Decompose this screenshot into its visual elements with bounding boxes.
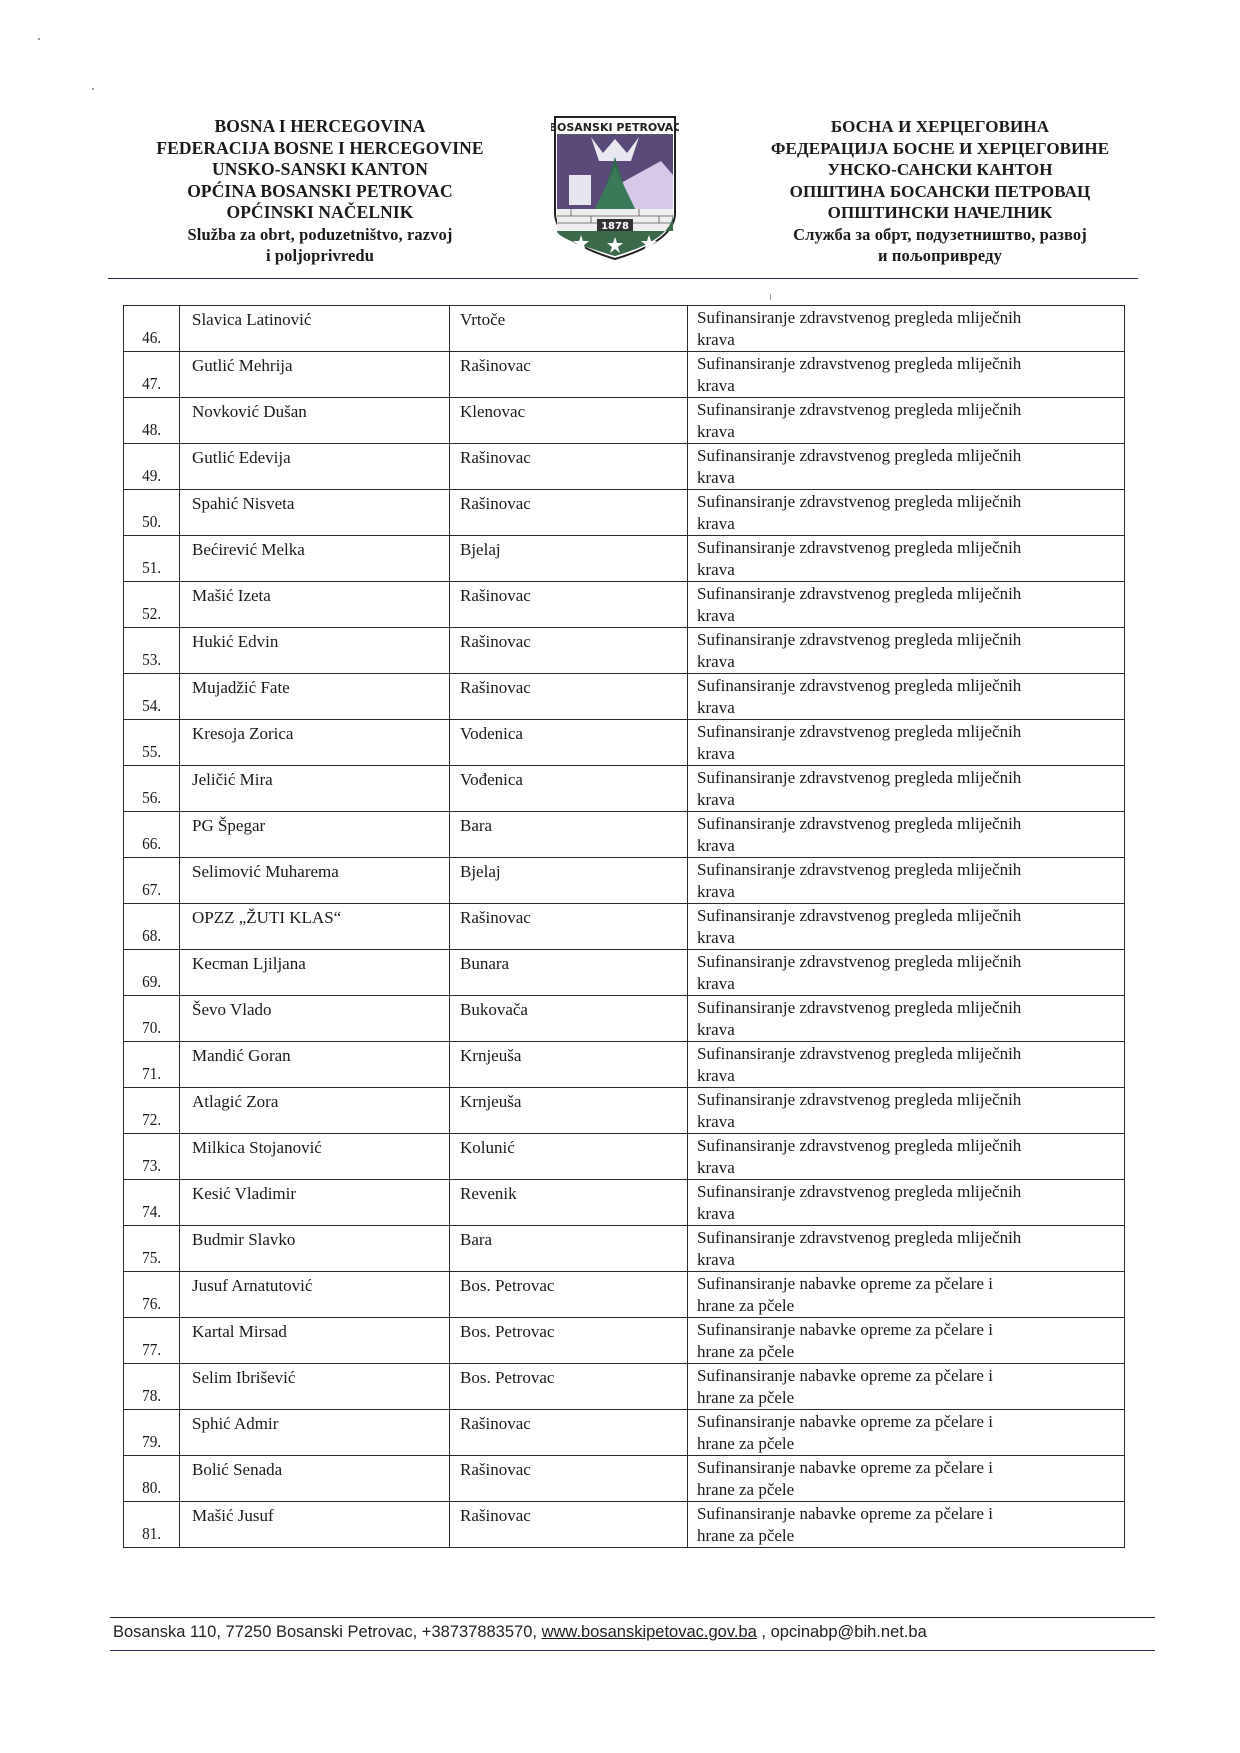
beneficiary-name: Hukić Edvin [180, 628, 450, 674]
subsidy-description: Sufinansiranje zdravstvenog pregleda mli… [688, 306, 1125, 352]
beneficiary-name: Mandić Goran [180, 1042, 450, 1088]
table-row: 56.Jeličić MiraVođenicaSufinansiranje zd… [124, 766, 1125, 812]
beneficiary-place: Bjelaj [450, 858, 688, 904]
header-line-federation: FEDERACIJA BOSNE I HERCEGOVINE [130, 138, 510, 160]
subsidy-description: Sufinansiranje zdravstvenog pregleda mli… [688, 444, 1125, 490]
row-number: 71. [124, 1042, 180, 1088]
svg-text:BOSANSKI PETROVAC: BOSANSKI PETROVAC [551, 121, 679, 134]
subsidy-description-line1: Sufinansiranje nabavke opreme za pčelare… [697, 1319, 1124, 1341]
subsidy-description-line2: krava [697, 1249, 1124, 1271]
row-number: 56. [124, 766, 180, 812]
footer-address: Bosanska 110, 77250 Bosanski Petrovac, +… [113, 1623, 542, 1641]
row-number: 75. [124, 1226, 180, 1272]
subsidy-description-line1: Sufinansiranje zdravstvenog pregleda mli… [697, 399, 1124, 421]
header-cyr-line-canton: УНСКО-САНСКИ КАНТОН [740, 159, 1140, 181]
beneficiary-name: Jeličić Mira [180, 766, 450, 812]
subsidy-description-line1: Sufinansiranje zdravstvenog pregleda mli… [697, 1181, 1124, 1203]
scan-speck [38, 38, 40, 40]
subsidy-description-line2: krava [697, 835, 1124, 857]
row-number: 74. [124, 1180, 180, 1226]
subsidy-description-line2: hrane za pčele [697, 1295, 1124, 1317]
row-number: 51. [124, 536, 180, 582]
table-row: 48.Novković DušanKlenovacSufinansiranje … [124, 398, 1125, 444]
subsidy-description-line1: Sufinansiranje zdravstvenog pregleda mli… [697, 905, 1124, 927]
subsidy-description-line2: krava [697, 329, 1124, 351]
subsidy-description: Sufinansiranje zdravstvenog pregleda mli… [688, 1134, 1125, 1180]
row-number: 69. [124, 950, 180, 996]
beneficiary-place: Rašinovac [450, 1410, 688, 1456]
subsidy-description-line2: hrane za pčele [697, 1341, 1124, 1363]
subsidy-description-line2: krava [697, 743, 1124, 765]
beneficiary-name: Spahić Nisveta [180, 490, 450, 536]
subsidy-description-line2: krava [697, 973, 1124, 995]
subsidy-description-line2: krava [697, 559, 1124, 581]
subsidy-description: Sufinansiranje zdravstvenog pregleda mli… [688, 904, 1125, 950]
table-row: 66.PG ŠpegarBaraSufinansiranje zdravstve… [124, 812, 1125, 858]
table-row: 75.Budmir SlavkoBaraSufinansiranje zdrav… [124, 1226, 1125, 1272]
table-row: 53.Hukić EdvinRašinovacSufinansiranje zd… [124, 628, 1125, 674]
beneficiary-name: Bećirević Melka [180, 536, 450, 582]
row-number: 66. [124, 812, 180, 858]
row-number: 54. [124, 674, 180, 720]
row-number: 81. [124, 1502, 180, 1548]
subsidy-description: Sufinansiranje zdravstvenog pregleda mli… [688, 490, 1125, 536]
beneficiary-name: Bolić Senada [180, 1456, 450, 1502]
row-number: 52. [124, 582, 180, 628]
beneficiary-name: Mašić Jusuf [180, 1502, 450, 1548]
subsidy-description-line1: Sufinansiranje zdravstvenog pregleda mli… [697, 353, 1124, 375]
header-line-country: BOSNA I HERCEGOVINA [130, 116, 510, 138]
subsidy-description-line1: Sufinansiranje nabavke opreme za pčelare… [697, 1365, 1124, 1387]
subsidy-description: Sufinansiranje zdravstvenog pregleda mli… [688, 1088, 1125, 1134]
beneficiary-place: Vrtoče [450, 306, 688, 352]
subsidy-description-line1: Sufinansiranje zdravstvenog pregleda mli… [697, 1043, 1124, 1065]
beneficiary-place: Vodenica [450, 720, 688, 766]
beneficiary-place: Revenik [450, 1180, 688, 1226]
subsidy-description: Sufinansiranje zdravstvenog pregleda mli… [688, 1226, 1125, 1272]
subsidy-description: Sufinansiranje zdravstvenog pregleda mli… [688, 720, 1125, 766]
beneficiary-place: Bara [450, 812, 688, 858]
row-number: 50. [124, 490, 180, 536]
subsidy-description-line2: krava [697, 1019, 1124, 1041]
header-service-line1: Služba za obrt, poduzetništvo, razvoj [130, 224, 510, 246]
beneficiary-place: Rašinovac [450, 674, 688, 720]
subsidy-description: Sufinansiranje zdravstvenog pregleda mli… [688, 1180, 1125, 1226]
subsidy-description-line1: Sufinansiranje zdravstvenog pregleda mli… [697, 813, 1124, 835]
table-row: 46.Slavica LatinovićVrtočeSufinansiranje… [124, 306, 1125, 352]
subsidy-description: Sufinansiranje zdravstvenog pregleda mli… [688, 812, 1125, 858]
table-row: 47.Gutlić MehrijaRašinovacSufinansiranje… [124, 352, 1125, 398]
table-row: 71.Mandić GoranKrnjeušaSufinansiranje zd… [124, 1042, 1125, 1088]
beneficiary-name: Kresoja Zorica [180, 720, 450, 766]
subsidy-description-line2: krava [697, 375, 1124, 397]
table-row: 76.Jusuf ArnatutovićBos. PetrovacSufinan… [124, 1272, 1125, 1318]
header-line-municipality: OPĆINA BOSANSKI PETROVAC [130, 181, 510, 203]
table-row: 72.Atlagić ZoraKrnjeušaSufinansiranje zd… [124, 1088, 1125, 1134]
header-cyrillic: БОСНА И ХЕРЦЕГОВИНА ФЕДЕРАЦИЈА БОСНЕ И Х… [740, 116, 1140, 267]
row-number: 73. [124, 1134, 180, 1180]
subsidy-description-line2: krava [697, 467, 1124, 489]
beneficiary-place: Bos. Petrovac [450, 1272, 688, 1318]
subsidy-description-line1: Sufinansiranje zdravstvenog pregleda mli… [697, 1227, 1124, 1249]
subsidy-description-line1: Sufinansiranje zdravstvenog pregleda mli… [697, 1135, 1124, 1157]
subsidy-description: Sufinansiranje zdravstvenog pregleda mli… [688, 582, 1125, 628]
subsidy-description-line1: Sufinansiranje zdravstvenog pregleda mli… [697, 583, 1124, 605]
table-row: 54.Mujadžić FateRašinovacSufinansiranje … [124, 674, 1125, 720]
table-row: 70.Ševo VladoBukovačaSufinansiranje zdra… [124, 996, 1125, 1042]
table-row: 67.Selimović MuharemaBjelajSufinansiranj… [124, 858, 1125, 904]
footer-divider-top [110, 1617, 1155, 1618]
subsidy-description-line1: Sufinansiranje zdravstvenog pregleda mli… [697, 445, 1124, 467]
subsidy-description-line2: krava [697, 421, 1124, 443]
beneficiary-place: Bukovača [450, 996, 688, 1042]
table-row: 51.Bećirević MelkaBjelajSufinansiranje z… [124, 536, 1125, 582]
subsidy-description-line2: krava [697, 1157, 1124, 1179]
subsidy-description: Sufinansiranje zdravstvenog pregleda mli… [688, 766, 1125, 812]
subsidy-description-line1: Sufinansiranje nabavke opreme za pčelare… [697, 1273, 1124, 1295]
footer-contact: Bosanska 110, 77250 Bosanski Petrovac, +… [113, 1623, 927, 1642]
subsidy-description: Sufinansiranje zdravstvenog pregleda mli… [688, 628, 1125, 674]
table-row: 74.Kesić VladimirRevenikSufinansiranje z… [124, 1180, 1125, 1226]
beneficiary-place: Rašinovac [450, 1502, 688, 1548]
row-number: 49. [124, 444, 180, 490]
header-cyr-line-country: БОСНА И ХЕРЦЕГОВИНА [740, 116, 1140, 138]
row-number: 47. [124, 352, 180, 398]
header-divider [108, 278, 1138, 279]
beneficiary-place: Krnjeuša [450, 1042, 688, 1088]
scan-speck [770, 294, 771, 300]
footer-divider-bottom [110, 1650, 1155, 1651]
table-row: 73.Milkica StojanovićKolunićSufinansiran… [124, 1134, 1125, 1180]
footer-email[interactable]: opcinabp@bih.net.ba [771, 1623, 927, 1641]
beneficiary-name: Atlagić Zora [180, 1088, 450, 1134]
header-cyr-service-line1: Служба за обрт, подузетништво, развој [740, 224, 1140, 246]
subsidy-description-line1: Sufinansiranje zdravstvenog pregleda mli… [697, 859, 1124, 881]
table-row: 81.Mašić JusufRašinovacSufinansiranje na… [124, 1502, 1125, 1548]
table-row: 50.Spahić NisvetaRašinovacSufinansiranje… [124, 490, 1125, 536]
table-row: 49.Gutlić EdevijaRašinovacSufinansiranje… [124, 444, 1125, 490]
header-cyr-line-municipality: ОПШТИНА БОСАНСКИ ПЕТРОВАЦ [740, 181, 1140, 203]
subsidy-description-line2: hrane za pčele [697, 1525, 1124, 1547]
beneficiary-name: Budmir Slavko [180, 1226, 450, 1272]
subsidy-description-line1: Sufinansiranje zdravstvenog pregleda mli… [697, 951, 1124, 973]
beneficiary-place: Bara [450, 1226, 688, 1272]
svg-text:1878: 1878 [601, 221, 629, 232]
beneficiary-name: Sphić Admir [180, 1410, 450, 1456]
subsidy-description-line1: Sufinansiranje zdravstvenog pregleda mli… [697, 997, 1124, 1019]
beneficiary-name: Gutlić Mehrija [180, 352, 450, 398]
subsidy-description-line1: Sufinansiranje zdravstvenog pregleda mli… [697, 307, 1124, 329]
subsidy-description: Sufinansiranje nabavke opreme za pčelare… [688, 1318, 1125, 1364]
subsidy-description-line2: krava [697, 697, 1124, 719]
row-number: 55. [124, 720, 180, 766]
subsidy-description: Sufinansiranje zdravstvenog pregleda mli… [688, 996, 1125, 1042]
beneficiary-place: Bjelaj [450, 536, 688, 582]
beneficiary-name: PG Špegar [180, 812, 450, 858]
beneficiary-name: Selimović Muharema [180, 858, 450, 904]
subsidy-description: Sufinansiranje zdravstvenog pregleda mli… [688, 536, 1125, 582]
beneficiary-name: Kesić Vladimir [180, 1180, 450, 1226]
beneficiary-place: Klenovac [450, 398, 688, 444]
beneficiary-name: Gutlić Edevija [180, 444, 450, 490]
header-line-canton: UNSKO-SANSKI KANTON [130, 159, 510, 181]
header-line-mayor: OPĆINSKI NAČELNIK [130, 202, 510, 224]
subsidy-description: Sufinansiranje zdravstvenog pregleda mli… [688, 398, 1125, 444]
row-number: 79. [124, 1410, 180, 1456]
beneficiary-place: Bunara [450, 950, 688, 996]
row-number: 67. [124, 858, 180, 904]
subsidy-description-line1: Sufinansiranje zdravstvenog pregleda mli… [697, 767, 1124, 789]
subsidy-description-line1: Sufinansiranje zdravstvenog pregleda mli… [697, 721, 1124, 743]
beneficiary-place: Bos. Petrovac [450, 1364, 688, 1410]
subsidy-description: Sufinansiranje zdravstvenog pregleda mli… [688, 1042, 1125, 1088]
subsidy-description-line2: krava [697, 927, 1124, 949]
municipality-crest-logo: BOSANSKI PETROVAC 1878 [551, 113, 679, 263]
subsidy-description-line1: Sufinansiranje zdravstvenog pregleda mli… [697, 629, 1124, 651]
beneficiary-place: Rašinovac [450, 1456, 688, 1502]
subsidy-description-line1: Sufinansiranje nabavke opreme za pčelare… [697, 1503, 1124, 1525]
row-number: 78. [124, 1364, 180, 1410]
beneficiary-place: Vođenica [450, 766, 688, 812]
subsidy-description-line2: hrane za pčele [697, 1387, 1124, 1409]
beneficiary-name: Kartal Mirsad [180, 1318, 450, 1364]
header-cyr-line-federation: ФЕДЕРАЦИЈА БОСНЕ И ХЕРЦЕГОВИНЕ [740, 138, 1140, 160]
row-number: 53. [124, 628, 180, 674]
row-number: 72. [124, 1088, 180, 1134]
beneficiary-place: Rašinovac [450, 582, 688, 628]
subsidy-description-line2: krava [697, 651, 1124, 673]
beneficiary-name: Novković Dušan [180, 398, 450, 444]
subsidy-description-line2: hrane za pčele [697, 1479, 1124, 1501]
beneficiary-name: Jusuf Arnatutović [180, 1272, 450, 1318]
beneficiary-place: Rašinovac [450, 352, 688, 398]
beneficiary-name: Selim Ibrišević [180, 1364, 450, 1410]
subsidy-description-line1: Sufinansiranje nabavke opreme za pčelare… [697, 1457, 1124, 1479]
subsidy-description-line1: Sufinansiranje zdravstvenog pregleda mli… [697, 1089, 1124, 1111]
footer-separator: , [757, 1623, 771, 1641]
table-row: 77.Kartal MirsadBos. PetrovacSufinansira… [124, 1318, 1125, 1364]
beneficiary-name: Kecman Ljiljana [180, 950, 450, 996]
subsidy-description: Sufinansiranje nabavke opreme za pčelare… [688, 1456, 1125, 1502]
subsidy-description-line2: hrane za pčele [697, 1433, 1124, 1455]
row-number: 68. [124, 904, 180, 950]
subsidy-description: Sufinansiranje zdravstvenog pregleda mli… [688, 674, 1125, 720]
table-row: 55.Kresoja ZoricaVodenicaSufinansiranje … [124, 720, 1125, 766]
beneficiary-place: Rašinovac [450, 904, 688, 950]
beneficiary-place: Rašinovac [450, 444, 688, 490]
table-row: 78.Selim IbriševićBos. PetrovacSufinansi… [124, 1364, 1125, 1410]
footer-website-link[interactable]: www.bosanskipetovac.gov.ba [542, 1623, 757, 1641]
header-cyr-line-mayor: ОПШТИНСКИ НАЧЕЛНИК [740, 202, 1140, 224]
table-row: 52.Mašić IzetaRašinovacSufinansiranje zd… [124, 582, 1125, 628]
beneficiary-place: Rašinovac [450, 628, 688, 674]
row-number: 46. [124, 306, 180, 352]
beneficiary-place: Kolunić [450, 1134, 688, 1180]
subsidy-description-line1: Sufinansiranje nabavke opreme za pčelare… [697, 1411, 1124, 1433]
subsidy-description-line1: Sufinansiranje zdravstvenog pregleda mli… [697, 675, 1124, 697]
subsidy-description-line2: krava [697, 1111, 1124, 1133]
beneficiary-name: Milkica Stojanović [180, 1134, 450, 1180]
subsidy-description-line2: krava [697, 513, 1124, 535]
table-row: 68.OPZZ „ŽUTI KLAS“RašinovacSufinansiran… [124, 904, 1125, 950]
subsidy-description: Sufinansiranje zdravstvenog pregleda mli… [688, 858, 1125, 904]
table-row: 80.Bolić SenadaRašinovacSufinansiranje n… [124, 1456, 1125, 1502]
beneficiary-name: Ševo Vlado [180, 996, 450, 1042]
subsidy-description: Sufinansiranje zdravstvenog pregleda mli… [688, 950, 1125, 996]
header-latin: BOSNA I HERCEGOVINA FEDERACIJA BOSNE I H… [130, 116, 510, 267]
beneficiary-name: Mašić Izeta [180, 582, 450, 628]
scan-speck [92, 88, 94, 90]
beneficiary-name: Slavica Latinović [180, 306, 450, 352]
row-number: 48. [124, 398, 180, 444]
table-row: 79.Sphić AdmirRašinovacSufinansiranje na… [124, 1410, 1125, 1456]
subsidy-description-line2: krava [697, 881, 1124, 903]
row-number: 70. [124, 996, 180, 1042]
row-number: 80. [124, 1456, 180, 1502]
subsidy-description-line2: krava [697, 1065, 1124, 1087]
subsidy-description: Sufinansiranje nabavke opreme za pčelare… [688, 1364, 1125, 1410]
subsidy-description: Sufinansiranje nabavke opreme za pčelare… [688, 1272, 1125, 1318]
subsidy-description: Sufinansiranje nabavke opreme za pčelare… [688, 1502, 1125, 1548]
subsidy-description: Sufinansiranje nabavke opreme za pčelare… [688, 1410, 1125, 1456]
subsidy-description-line2: krava [697, 1203, 1124, 1225]
row-number: 77. [124, 1318, 180, 1364]
subsidy-description-line2: krava [697, 605, 1124, 627]
subsidy-description-line1: Sufinansiranje zdravstvenog pregleda mli… [697, 491, 1124, 513]
subsidy-description: Sufinansiranje zdravstvenog pregleda mli… [688, 352, 1125, 398]
beneficiary-place: Krnjeuša [450, 1088, 688, 1134]
beneficiary-name: OPZZ „ŽUTI KLAS“ [180, 904, 450, 950]
beneficiary-place: Rašinovac [450, 490, 688, 536]
beneficiary-name: Mujadžić Fate [180, 674, 450, 720]
subsidy-description-line2: krava [697, 789, 1124, 811]
beneficiary-table: 46.Slavica LatinovićVrtočeSufinansiranje… [123, 305, 1125, 1548]
row-number: 76. [124, 1272, 180, 1318]
beneficiary-place: Bos. Petrovac [450, 1318, 688, 1364]
table-row: 69.Kecman LjiljanaBunaraSufinansiranje z… [124, 950, 1125, 996]
subsidy-description-line1: Sufinansiranje zdravstvenog pregleda mli… [697, 537, 1124, 559]
header-service-line2: i poljoprivredu [130, 245, 510, 267]
header-cyr-service-line2: и пољопривреду [740, 245, 1140, 267]
